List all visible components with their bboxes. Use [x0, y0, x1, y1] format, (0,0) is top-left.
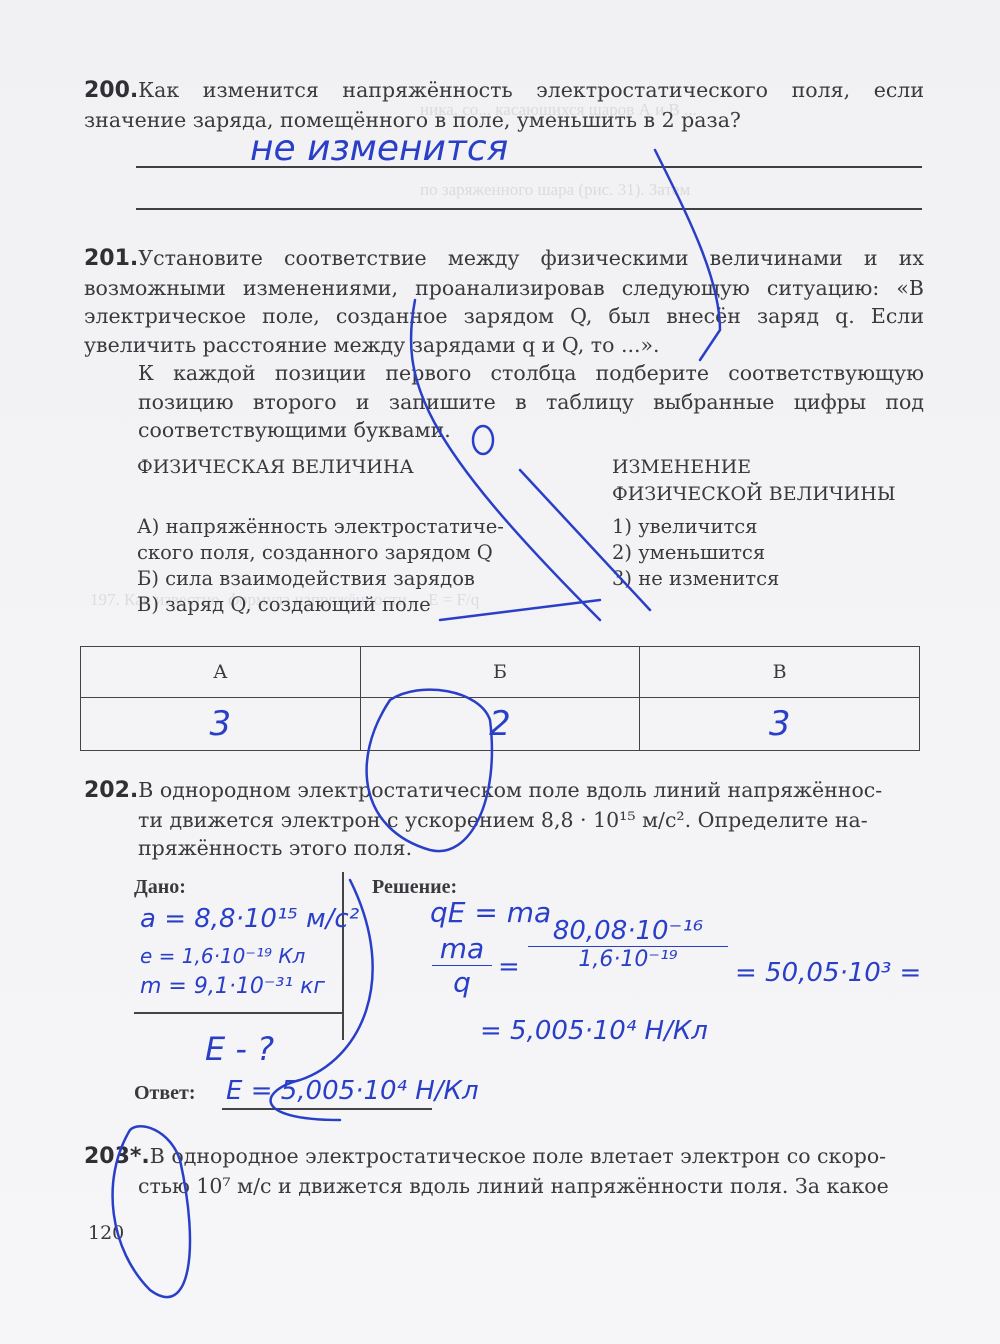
task-number: 201. — [84, 246, 138, 271]
fraction-denominator: 1,6·10⁻¹⁹ — [528, 947, 728, 972]
given-divider-horizontal — [134, 1012, 342, 1014]
task-text: ти движется электрон с ускорением 8,8 · … — [84, 806, 924, 835]
handwritten-digit: 2 — [489, 704, 511, 744]
header-line: ФИЗИЧЕСКОЙ ВЕЛИЧИНЫ — [612, 481, 896, 508]
column-header-change: ИЗМЕНЕНИЕ ФИЗИЧЕСКОЙ ВЕЛИЧИНЫ — [612, 454, 896, 508]
task-instruction: К каждой позиции первого столбца подбери… — [84, 359, 924, 445]
answer-table-value-row: 3 2 3 — [81, 698, 920, 751]
task-201: 201.Установите соответствие между физиче… — [84, 244, 924, 445]
quantity-item: А) напряжённость электростатиче- — [137, 514, 504, 540]
handwritten-digit: 3 — [769, 704, 791, 744]
change-item: 2) уменьшится — [612, 540, 779, 566]
show-through-text: по заряженного шара (рис. 31). Затем — [420, 180, 690, 200]
answer-table-header: Б — [360, 647, 640, 698]
answer-underline — [222, 1108, 432, 1110]
answer-cell[interactable]: 3 — [640, 698, 920, 751]
change-item: 1) увеличится — [612, 514, 779, 540]
fraction-denominator: q — [432, 966, 492, 999]
answer-table: А Б В 3 2 3 — [80, 646, 920, 751]
task-text: Установите соответствие между физическим… — [84, 246, 924, 357]
changes-list: 1) увеличится 2) уменьшится 3) не измени… — [612, 514, 779, 592]
given-divider-vertical — [342, 872, 344, 1040]
answer-label: Ответ: — [134, 1082, 196, 1105]
workbook-page: ника, со... касающихся шаров А и В ... п… — [0, 0, 1000, 1344]
quantity-item: В) заряд Q, создающий поле — [137, 592, 504, 618]
quantities-list: А) напряжённость электростатиче- ского п… — [137, 514, 504, 618]
answer-table-header: А — [81, 647, 361, 698]
column-header-quantity: ФИЗИЧЕСКАЯ ВЕЛИЧИНА — [137, 454, 414, 481]
find-value: E - ? — [205, 1030, 274, 1068]
given-label: Дано: — [134, 876, 186, 899]
answer-table-header-row: А Б В — [81, 647, 920, 698]
answer-cell[interactable]: 3 — [81, 698, 361, 751]
quantity-item: Б) сила взаимодействия зарядов — [137, 566, 504, 592]
given-mass: m = 9,1·10⁻³¹ кг — [140, 974, 325, 999]
task-text: пряжённость этого поля. — [84, 834, 924, 863]
answer-line — [136, 208, 922, 210]
change-item: 3) не изменится — [612, 566, 779, 592]
task-203: 203*.В однородное электростатическое пол… — [84, 1142, 924, 1200]
final-answer: E = 5,005·10⁴ Н/Кл — [226, 1076, 479, 1106]
header-line: ИЗМЕНЕНИЕ — [612, 454, 896, 481]
solution-fraction-numeric: 80,08·10⁻¹⁶ 1,6·10⁻¹⁹ — [528, 916, 728, 972]
handwritten-digit: 3 — [210, 704, 232, 744]
given-charge: e = 1,6·10⁻¹⁹ Кл — [140, 944, 305, 968]
solution-intermediate: = 50,05·10³ = — [735, 958, 921, 988]
task-text: стью 10⁷ м/с и движется вдоль линий напр… — [84, 1172, 924, 1201]
given-acceleration: a = 8,8·10¹⁵ м/с² — [140, 904, 359, 934]
task-number: 200. — [84, 78, 138, 103]
handwritten-answer: не изменится — [250, 128, 508, 169]
answer-cell[interactable]: 2 — [360, 698, 640, 751]
page-number: 120 — [88, 1222, 124, 1244]
quantity-item: ского поля, созданного зарядом Q — [137, 540, 504, 566]
answer-table-header: В — [640, 647, 920, 698]
equals-sign: = — [498, 952, 520, 982]
fraction-numerator: 80,08·10⁻¹⁶ — [528, 916, 728, 947]
task-200: 200.Как изменится напряжённость электрос… — [84, 76, 924, 134]
task-text: В однородное электростатическое поле вле… — [150, 1144, 886, 1168]
task-number: 202. — [84, 778, 138, 803]
task-text: В однородном электростатическом поле вдо… — [138, 778, 882, 802]
solution-result: = 5,005·10⁴ Н/Кл — [480, 1016, 708, 1046]
task-text: Как изменится напряжённость электростати… — [84, 78, 924, 132]
solution-fraction: ma q — [432, 932, 492, 999]
fraction-numerator: ma — [432, 932, 492, 966]
task-number: 203*. — [84, 1144, 150, 1169]
task-202: 202.В однородном электростатическом поле… — [84, 776, 924, 863]
